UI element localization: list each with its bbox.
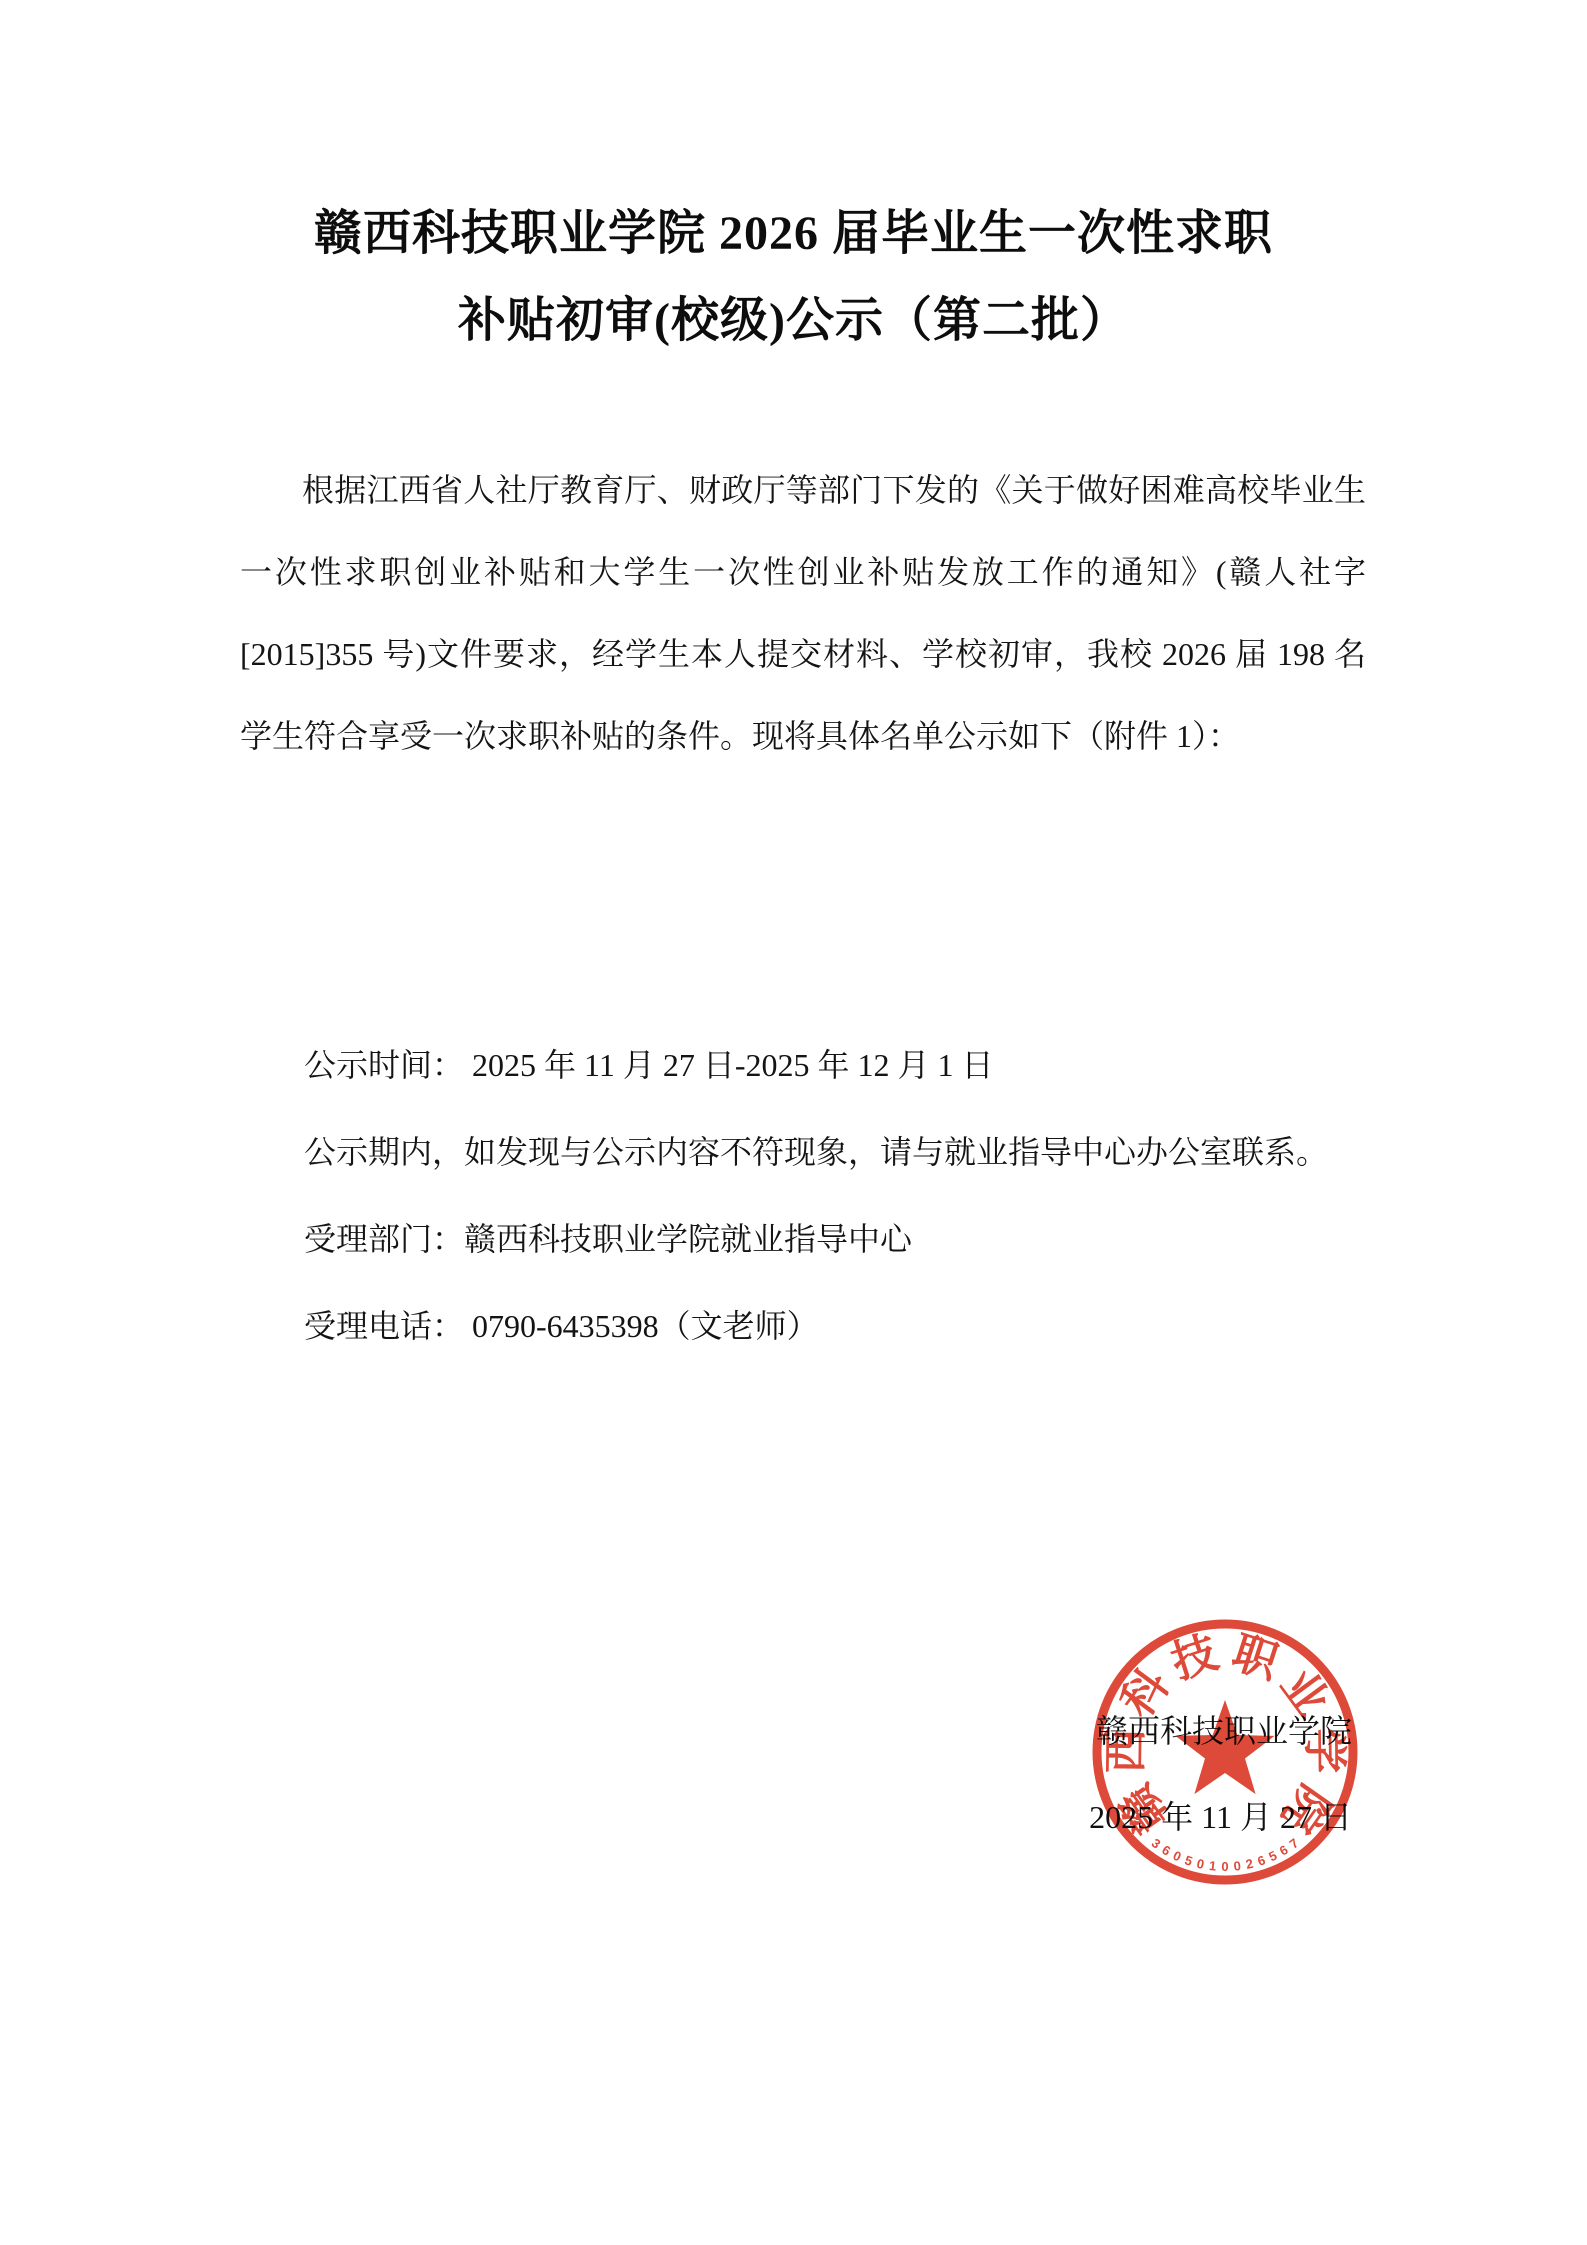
seal-ring-char: 技	[1163, 1623, 1223, 1683]
seal-serial-digit: 2	[1240, 1854, 1259, 1873]
signature-block: 赣西科技职业学院 2025 年 11 月 27 日	[1089, 1710, 1352, 1838]
seal-serial-digit: 6	[1251, 1850, 1271, 1870]
seal-serial-digit: 0	[1191, 1854, 1210, 1873]
body-paragraph: 根据江西省人社厅教育厅、财政厅等部门下发的《关于做好困难高校毕业生 一次性求职创…	[240, 449, 1366, 777]
seal-serial-digit: 6	[1272, 1839, 1294, 1861]
seal-serial-digit: 6	[1156, 1839, 1178, 1861]
document-title: 赣西科技职业学院 2026 届毕业生一次性求职 补贴初审(校级)公示（第二批）	[0, 190, 1587, 364]
seal-serial-digit: 0	[1217, 1858, 1233, 1874]
seal-serial-digit: 0	[1228, 1857, 1246, 1875]
seal-ring-char: 职	[1227, 1623, 1287, 1683]
paragraph-line: 学生符合享受一次求职补贴的条件。现将具体名单公示如下（附件 1）：	[240, 695, 1366, 777]
seal-serial-digit: 5	[1262, 1845, 1283, 1866]
publicity-period-line: 公示时间： 2025 年 11 月 27 日-2025 年 12 月 1 日	[240, 1022, 1440, 1109]
title-line-2: 补贴初审(校级)公示（第二批）	[0, 277, 1587, 364]
info-block: 公示时间： 2025 年 11 月 27 日-2025 年 12 月 1 日 公…	[240, 1022, 1440, 1370]
accepting-dept-line: 受理部门：赣西科技职业学院就业指导中心	[240, 1196, 1440, 1283]
seal-serial-digit: 1	[1204, 1857, 1222, 1875]
paragraph-line: 根据江西省人社厅教育厅、财政厅等部门下发的《关于做好困难高校毕业生	[240, 449, 1366, 531]
contact-notice-line: 公示期内，如发现与公示内容不符现象，请与就业指导中心办公室联系。	[240, 1109, 1440, 1196]
document-page: 赣西科技职业学院 2026 届毕业生一次性求职 补贴初审(校级)公示（第二批） …	[0, 0, 1587, 2245]
seal-serial-digit: 5	[1179, 1850, 1199, 1870]
accepting-phone-line: 受理电话： 0790-6435398（文老师）	[240, 1283, 1440, 1370]
signature-org: 赣西科技职业学院	[1089, 1710, 1352, 1752]
seal-serial-digit: 0	[1167, 1845, 1188, 1866]
paragraph-line: [2015]355 号)文件要求，经学生本人提交材料、学校初审，我校 2026 …	[240, 613, 1366, 695]
signature-date: 2025 年 11 月 27 日	[1089, 1796, 1352, 1838]
title-line-1: 赣西科技职业学院 2026 届毕业生一次性求职	[0, 190, 1587, 277]
paragraph-line: 一次性求职创业补贴和大学生一次性创业补贴发放工作的通知》(赣人社字	[240, 531, 1366, 613]
